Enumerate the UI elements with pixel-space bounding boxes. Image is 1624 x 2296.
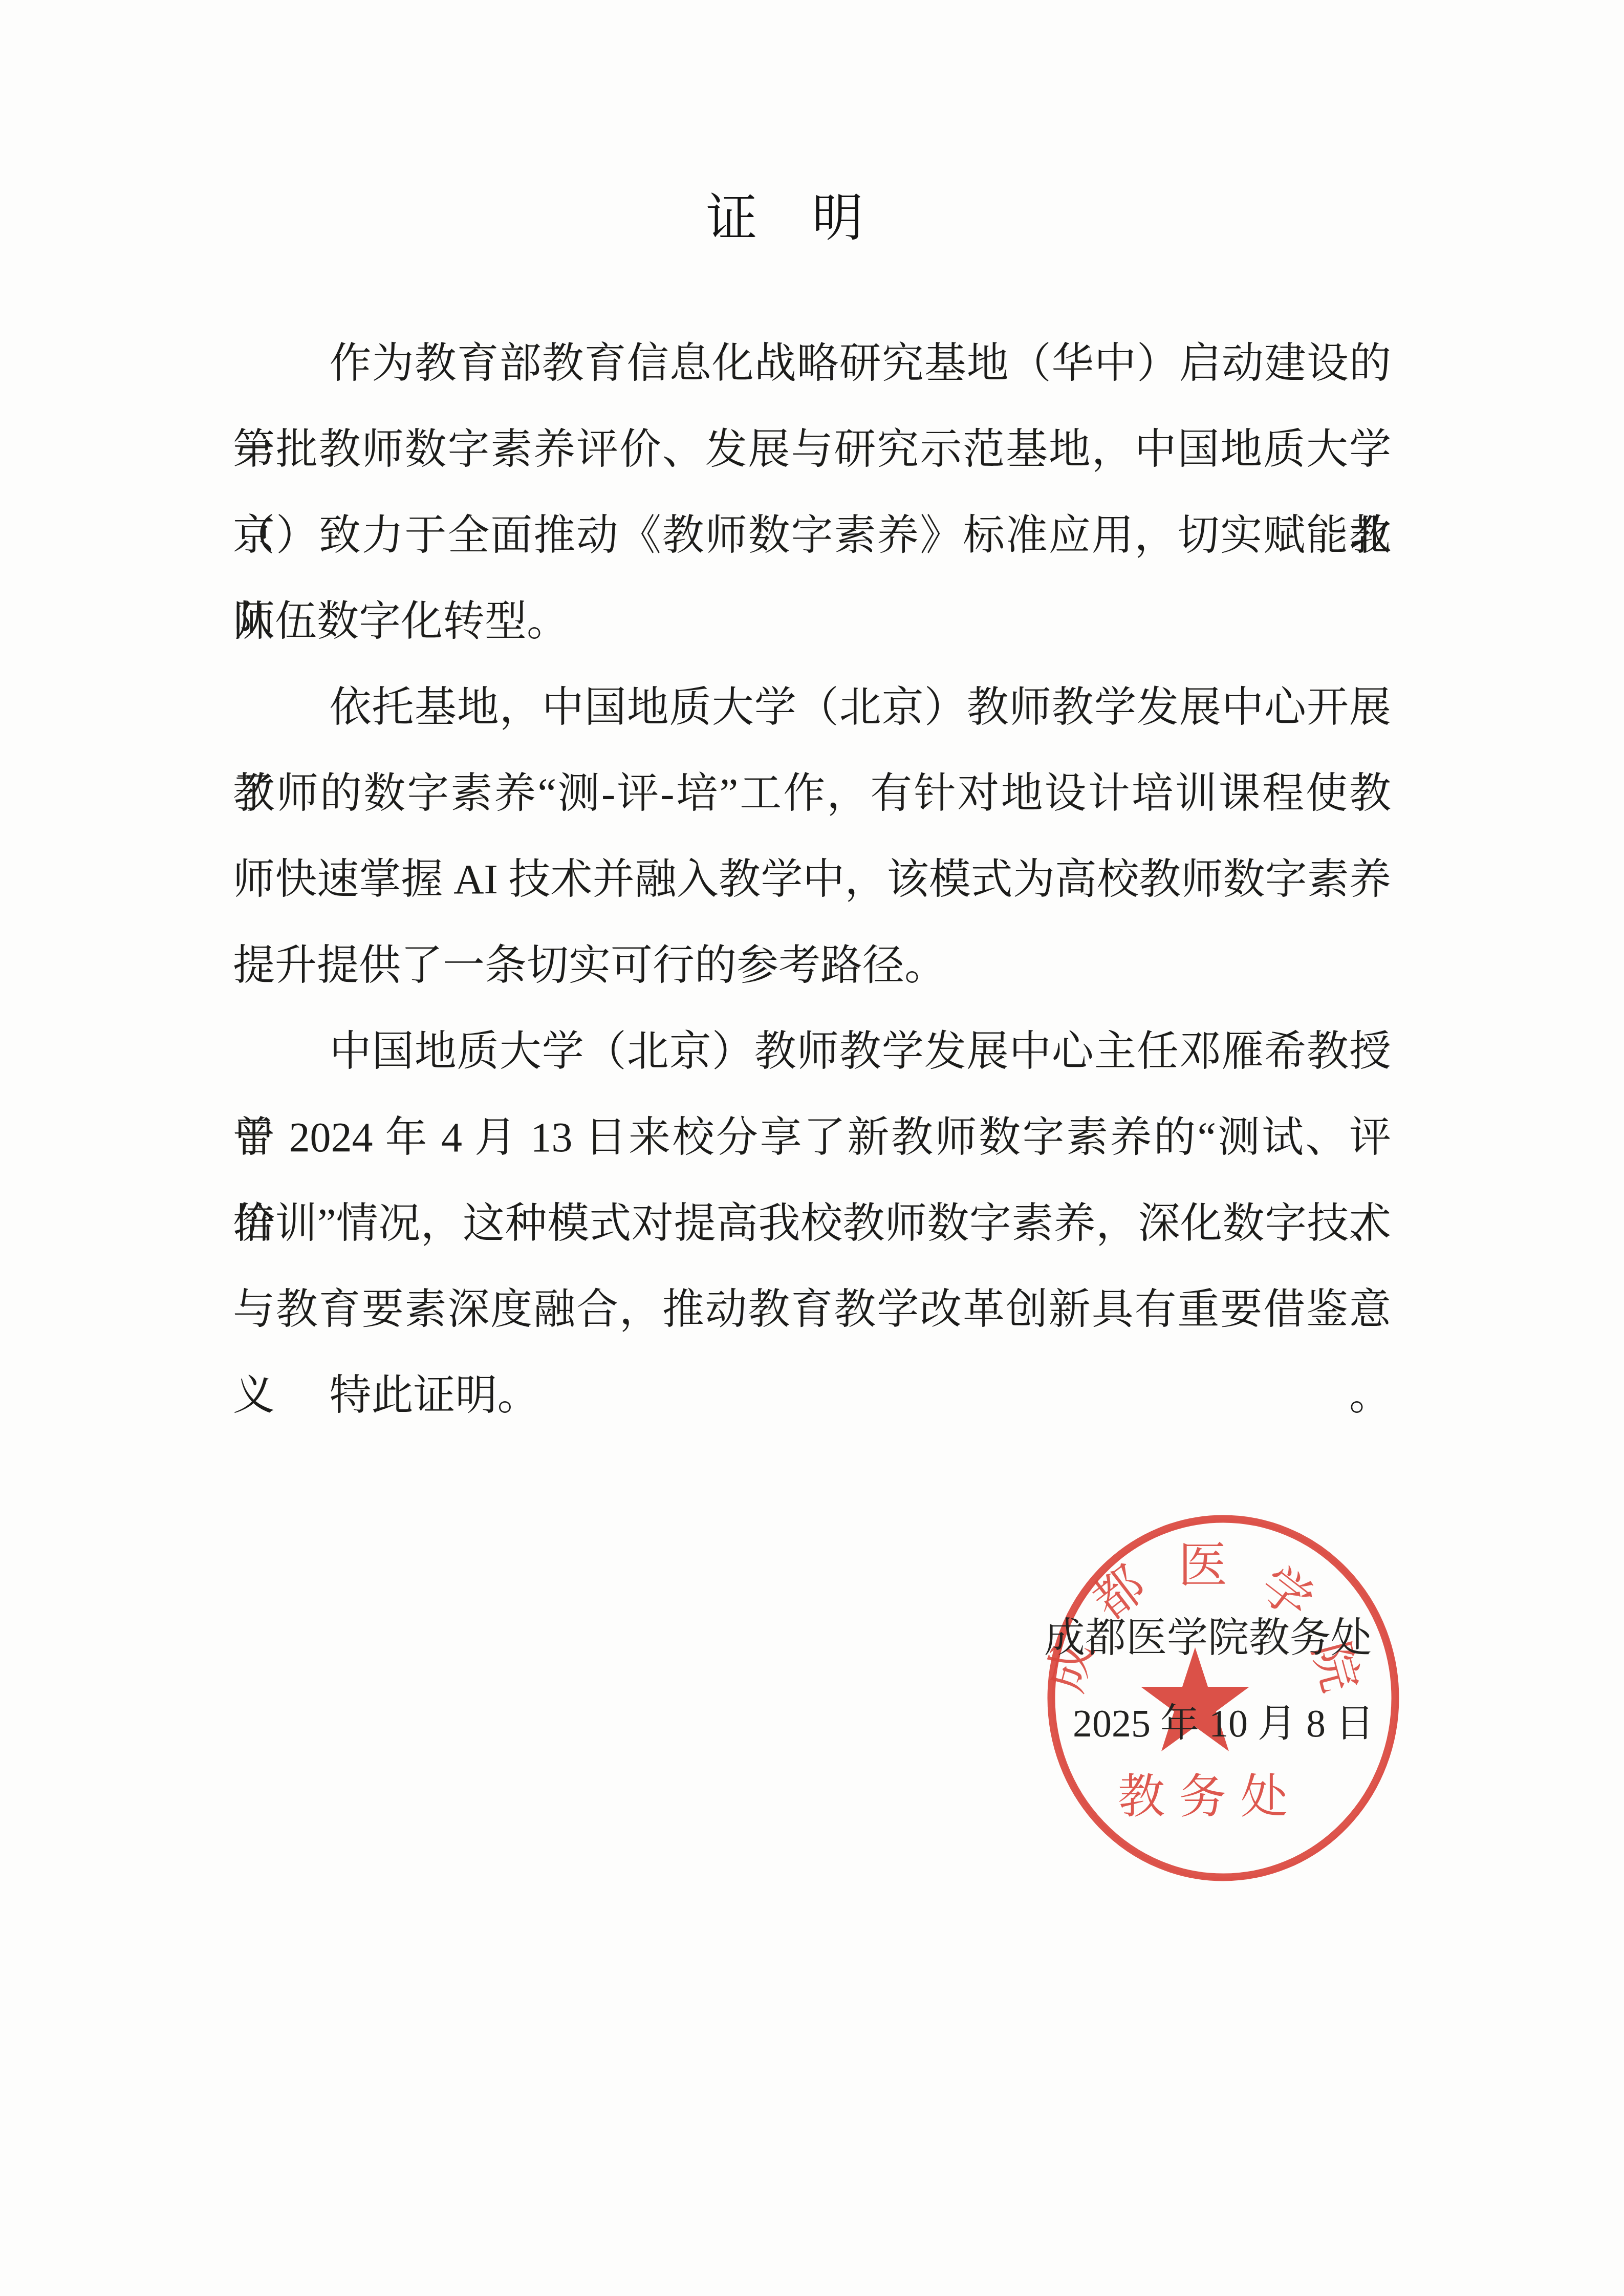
paragraph-line: 师快速掌握 AI 技术并融入教学中，该模式为高校教师数字素养 <box>233 836 1391 922</box>
paragraph-line: 提升提供了一条切实可行的参考路径。 <box>233 922 1391 1008</box>
paragraph-line: 与教育要素深度融合，推动教育教学改革创新具有重要借鉴意义。 <box>233 1267 1391 1353</box>
paragraph-line: 作为教育部教育信息化战略研究基地（华中）启动建设的第 <box>233 320 1391 406</box>
page-title: 证明 <box>0 190 1624 257</box>
certificate-page: 证明 作为教育部教育信息化战略研究基地（华中）启动建设的第 一批教师数字素养评价… <box>0 0 1624 2296</box>
seal-arc-char: 医 <box>1178 1538 1227 1593</box>
issue-date: 2025 年 10 月 8 日 <box>1073 1681 1374 1767</box>
certificate-body: 作为教育部教育信息化战略研究基地（华中）启动建设的第 一批教师数字素养评价、发展… <box>233 320 1391 1439</box>
issuer-signature: 成都医学院教务处 <box>1044 1595 1372 1681</box>
paragraph-line: 队伍数字化转型。 <box>233 578 1391 664</box>
paragraph-line: 中国地质大学（北京）教师教学发展中心主任邓雁希教授曾 <box>233 1008 1391 1095</box>
seal-bottom-text: 教务处 <box>1118 1771 1302 1823</box>
paragraph-line: 教师的数字素养“测-评-培”工作，有针对地设计培训课程使教 <box>233 750 1391 836</box>
paragraph-line: 于 2024 年 4 月 13 日来校分享了新教师数字素养的“测试、评价、 <box>233 1095 1391 1181</box>
paragraph-line: 培训”情况，这种模式对提高我校教师数字素养，深化数字技术 <box>233 1181 1391 1267</box>
paragraph-line: 一批教师数字素养评价、发展与研究示范基地，中国地质大学（北 <box>233 406 1391 492</box>
paragraph-line: 京）致力于全面推动《教师数字素养》标准应用，切实赋能教师 <box>233 492 1391 578</box>
paragraph-line: 依托基地，中国地质大学（北京）教师教学发展中心开展了 <box>233 664 1391 750</box>
